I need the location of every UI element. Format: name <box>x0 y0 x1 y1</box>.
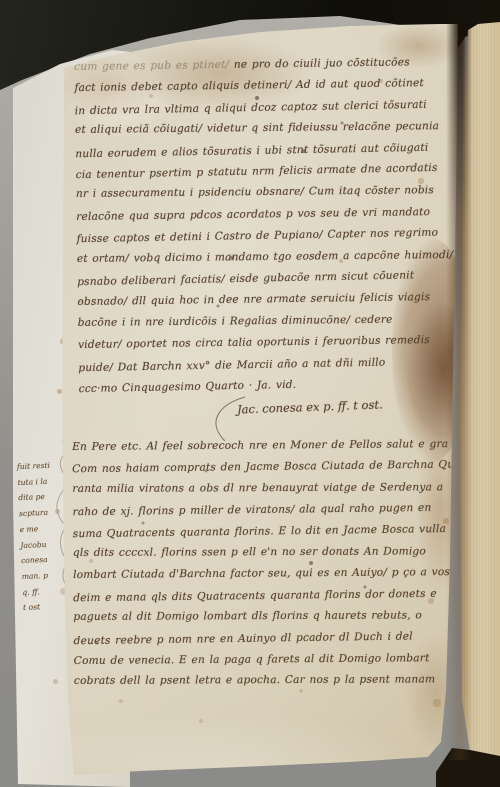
manuscript-page: cum gene es pub es ptinet/ ne pro do ciu… <box>0 0 500 787</box>
gutter-shadow <box>446 22 472 760</box>
manuscript-photo: fuit restituta i ladita pescpturae meJac… <box>0 0 500 787</box>
page-edge-shading <box>0 0 500 787</box>
